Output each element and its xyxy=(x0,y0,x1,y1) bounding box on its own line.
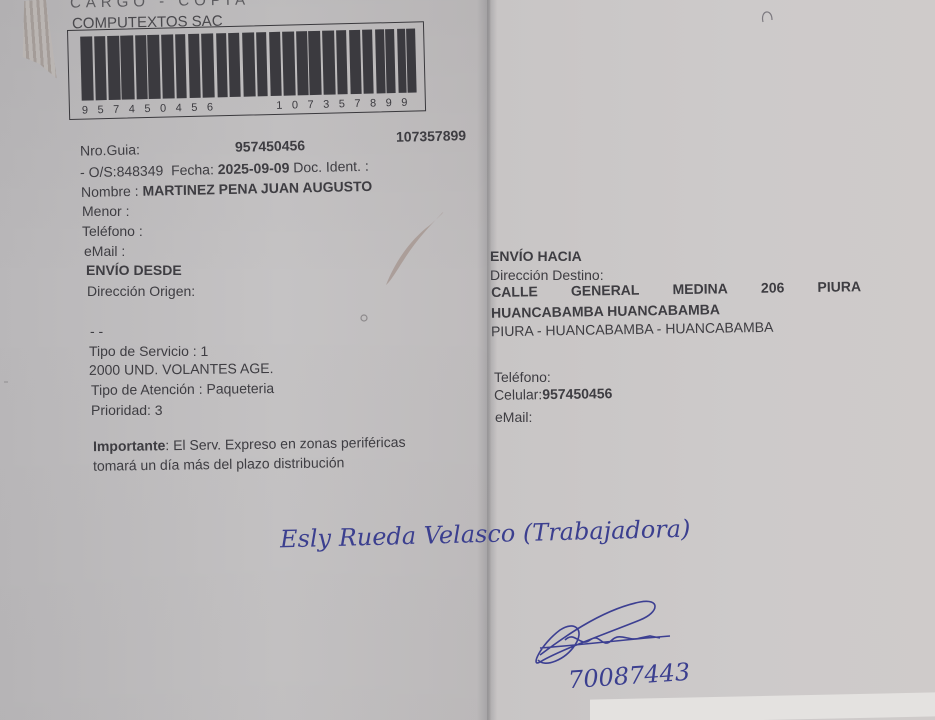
service-type: Tipo de Servicio : 1 xyxy=(89,344,208,358)
paper-fold xyxy=(487,0,491,720)
barcode: 957450456 107357899 xyxy=(67,21,426,120)
barcode-bars xyxy=(78,28,416,100)
address-word: MEDINA xyxy=(672,281,727,296)
mobile-value: 957450456 xyxy=(542,385,612,402)
date-value: 2025-09-09 xyxy=(218,160,290,178)
guide-number: 957450456 xyxy=(235,138,305,154)
attention-type: Tipo de Atención : Paqueteria xyxy=(91,381,274,397)
destination-heading: ENVÍO HACIA xyxy=(490,249,582,263)
guide-label: Nro.Guia: xyxy=(80,142,140,157)
address-word: GENERAL xyxy=(571,283,640,298)
date-label: Fecha: xyxy=(171,161,214,178)
destination-phone-label: Teléfono: xyxy=(494,370,551,384)
address-word: PIURA xyxy=(817,279,861,294)
shipment-content: 2000 UND. VOLANTES AGE. xyxy=(89,361,274,377)
barcode-left-digits: 957450456 xyxy=(82,101,223,116)
destination-mobile: Celular:957450456 xyxy=(494,386,613,402)
origin-address-label: Dirección Origen: xyxy=(87,284,195,298)
notice-text-1: : El Serv. Expreso en zonas periféricas xyxy=(165,434,405,453)
phone-label: Teléfono : xyxy=(82,224,143,238)
notice-label: Importante xyxy=(93,437,166,454)
address-word: CALLE xyxy=(491,284,538,299)
barcode-right-digits: 107357899 xyxy=(276,96,417,111)
doc-ident-label: Doc. Ident. : xyxy=(293,158,369,176)
destination-region: PIURA - HUANCABAMBA - HUANCABAMBA xyxy=(491,320,774,338)
name-label: Nombre : xyxy=(81,183,139,200)
address-word: 206 xyxy=(761,280,785,294)
os-label: - O/S: xyxy=(80,163,117,180)
destination-email-label: eMail: xyxy=(495,410,532,424)
origin-heading: ENVÍO DESDE xyxy=(86,263,182,277)
minor-label: Menor : xyxy=(82,204,129,218)
mobile-label: Celular: xyxy=(494,386,542,403)
guide-secondary-number: 107357899 xyxy=(396,128,466,144)
email-label: eMail : xyxy=(84,244,125,258)
destination-address-label: Dirección Destino: xyxy=(490,268,604,282)
os-value: 848349 xyxy=(116,162,163,179)
origin-address-value: - - xyxy=(90,324,103,338)
notice-text-2: tomará un día más del plazo distribución xyxy=(93,455,345,473)
notice-line-1: Importante: El Serv. Expreso en zonas pe… xyxy=(93,435,406,453)
destination-address-line-2: HUANCABAMBA HUANCABAMBA xyxy=(491,302,720,320)
priority: Prioridad: 3 xyxy=(91,403,163,417)
